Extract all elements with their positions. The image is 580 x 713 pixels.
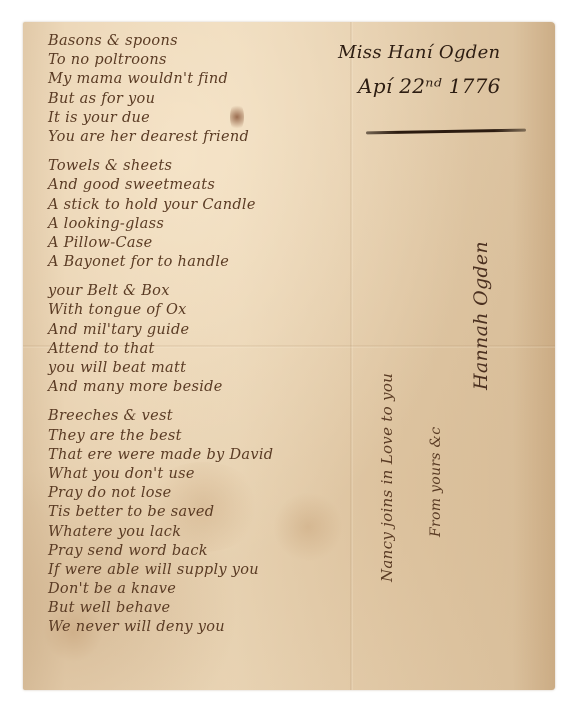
poem-line: Tis better to be saved [48,503,368,522]
poem-line: It is your due [48,109,368,128]
poem-line: And mil'tary guide [48,321,368,340]
poem-line: But well behave [48,599,368,618]
poem-line: What you don't use [48,465,368,484]
poem-line: You are her dearest friend [48,128,368,147]
stanza-gap [48,272,368,282]
letter-paper: Miss Haní Ogden Apí 22ⁿᵈ 1776 Basons & s… [23,22,555,690]
poem-line: My mama wouldn't find [48,70,368,89]
closing-phrase: From yours &c [428,427,444,537]
header-underline [366,129,526,135]
poem-line: Breeches & vest [48,407,368,426]
stanza-gap [48,147,368,157]
poem-line: A stick to hold your Candle [48,196,368,215]
poem-line: To no poltroons [48,51,368,70]
poem-line: If were able will supply you [48,561,368,580]
poem-body: Basons & spoons To no poltroons My mama … [48,32,368,638]
letter-date: Apí 22ⁿᵈ 1776 [358,74,501,98]
poem-line: We never will deny you [48,618,368,637]
poem-line: But as for you [48,90,368,109]
poem-line: Basons & spoons [48,32,368,51]
poem-line: A Bayonet for to handle [48,253,368,272]
poem-line: Don't be a knave [48,580,368,599]
poem-line: Attend to that [48,340,368,359]
poem-line: Towels & sheets [48,157,368,176]
poem-line: Whatere you lack [48,523,368,542]
poem-line: And good sweetmeats [48,176,368,195]
margin-note-nancy: Nancy joins in Love to you [378,373,396,582]
poem-line: Pray do not lose [48,484,368,503]
stanza-gap [48,397,368,407]
poem-line: Pray send word back [48,542,368,561]
poem-line: With tongue of Ox [48,301,368,320]
signature: Hannah Ogden [470,241,492,390]
poem-line: They are the best [48,427,368,446]
poem-line: That ere were made by David [48,446,368,465]
poem-line: A looking-glass [48,215,368,234]
poem-line: your Belt & Box [48,282,368,301]
poem-line: A Pillow-Case [48,234,368,253]
poem-line: you will beat matt [48,359,368,378]
poem-line: And many more beside [48,378,368,397]
